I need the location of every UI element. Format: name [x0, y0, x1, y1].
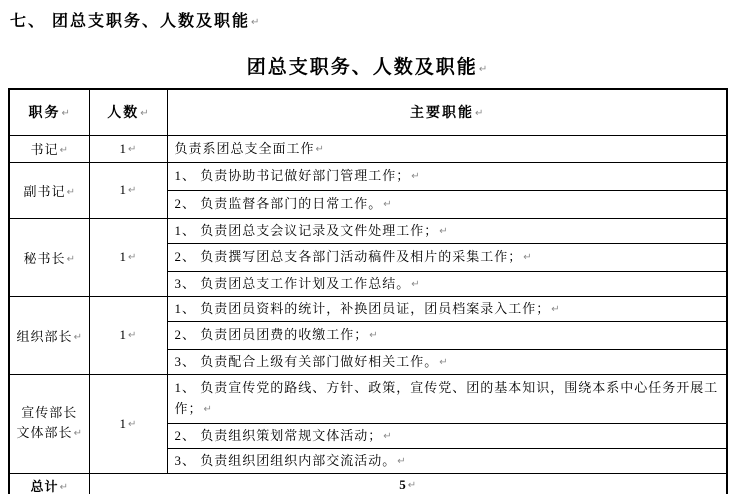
cell-position: 副书记↵ — [9, 162, 89, 218]
table-header-row: 职务↵ 人数↵ 主要职能↵↵ — [9, 89, 727, 135]
cell-end-mark-icon: ↵ — [411, 279, 419, 290]
cell-end-mark-icon: ↵ — [128, 330, 136, 341]
header-duties: 主要职能↵↵ — [167, 89, 727, 135]
paragraph-mark-icon: ↵ — [479, 64, 487, 75]
cell-end-mark-icon: ↵ — [523, 252, 531, 263]
section-heading-text: 七、 团总支职务、人数及职能 — [10, 13, 250, 30]
duty-text: 3、 负责配合上级有关部门做好相关工作。 — [175, 354, 439, 369]
cell-count: 1↵ — [89, 135, 167, 162]
cell-duty: 3、 负责配合上级有关部门做好相关工作。↵↵ — [167, 349, 727, 374]
cell-end-mark-icon: ↵ — [383, 431, 391, 442]
table-title: 团总支职务、人数及职能↵ — [8, 52, 726, 79]
cell-count: 1↵ — [89, 162, 167, 218]
total-value-cell: 5↵↵ — [89, 473, 727, 494]
table-title-text: 团总支职务、人数及职能 — [247, 57, 478, 78]
count-text: 1 — [120, 141, 128, 156]
total-label-cell: 总计↵ — [9, 473, 89, 494]
cell-duty: 1、 负责团总支会议记录及文件处理工作；↵↵ — [167, 218, 727, 243]
cell-position: 宣传部长 文体部长↵ — [9, 374, 89, 473]
cell-count: 1↵ — [89, 296, 167, 374]
duty-text: 2、 负责组织策划常规文体活动； — [175, 428, 383, 443]
cell-duty: 2、 负责监督各部门的日常工作。↵↵ — [167, 190, 727, 218]
cell-end-mark-icon: ↵ — [74, 332, 82, 343]
total-value: 5 — [399, 477, 407, 492]
cell-duty: 2、 负责组织策划常规文体活动；↵↵ — [167, 423, 727, 448]
duty-text: 1、 负责团员资料的统计，补换团员证，团员档案录入工作； — [175, 301, 551, 316]
cell-end-mark-icon: ↵ — [204, 404, 212, 415]
header-count: 人数↵ — [89, 89, 167, 135]
position-text: 宣传部长 — [10, 403, 89, 423]
cell-end-mark-icon: ↵ — [60, 482, 68, 493]
header-duties-label: 主要职能 — [410, 106, 474, 121]
cell-end-mark-icon: ↵ — [67, 187, 75, 198]
duty-text: 1、 负责团总支会议记录及文件处理工作； — [175, 223, 439, 238]
cell-position: 秘书长↵ — [9, 218, 89, 296]
position-text-line2: 文体部长 — [17, 425, 73, 440]
cell-duty: 1、 负责协助书记做好部门管理工作；↵↵ — [167, 162, 727, 190]
cell-end-mark-icon: ↵ — [128, 252, 136, 263]
count-text: 1 — [120, 182, 128, 197]
cell-duty: 2、 负责撰写团总支各部门活动稿件及相片的采集工作；↵↵ — [167, 243, 727, 271]
cell-duty: 3、 负责团总支工作计划及工作总结。↵↵ — [167, 271, 727, 296]
duty-text: 3、 负责团总支工作计划及工作总结。 — [175, 276, 411, 291]
cell-end-mark-icon: ↵ — [551, 304, 559, 315]
cell-end-mark-icon: ↵ — [411, 171, 419, 182]
cell-count: 1↵ — [89, 218, 167, 296]
cell-duty: 负责系团总支全面工作↵↵ — [167, 135, 727, 162]
cell-end-mark-icon: ↵ — [369, 330, 377, 341]
count-text: 1 — [120, 416, 128, 431]
cell-end-mark-icon: ↵ — [128, 185, 136, 196]
duties-table: 职务↵ 人数↵ 主要职能↵↵ 书记↵ 1↵ 负责系团总支全面工作↵↵ 副书记↵ … — [8, 88, 728, 494]
cell-position: 书记↵ — [9, 135, 89, 162]
cell-count: 1↵ — [89, 374, 167, 473]
total-label: 总计 — [31, 479, 59, 494]
position-text: 书记 — [31, 142, 59, 157]
header-position: 职务↵ — [9, 89, 89, 135]
section-heading: 七、 团总支职务、人数及职能↵ — [10, 8, 259, 31]
duty-text: 1、 负责宣传党的路线、方针、政策，宣传党、团的基本知识，围绕本系中心任务开展工… — [175, 380, 719, 416]
duty-text: 2、 负责撰写团总支各部门活动稿件及相片的采集工作； — [175, 249, 523, 264]
cell-duty: 3、 负责组织团组织内部交流活动。↵↵ — [167, 448, 727, 473]
cell-end-mark-icon: ↵ — [383, 199, 391, 210]
cell-end-mark-icon: ↵ — [439, 357, 447, 368]
cell-duty: 1、 负责团员资料的统计，补换团员证，团员档案录入工作；↵↵ — [167, 296, 727, 321]
position-text: 副书记 — [24, 184, 66, 199]
position-text: 秘书长 — [24, 251, 66, 266]
table-row: 秘书长↵ 1↵ 1、 负责团总支会议记录及文件处理工作；↵↵ — [9, 218, 727, 243]
position-text: 文体部长↵ — [10, 423, 89, 444]
cell-end-mark-icon: ↵ — [62, 108, 70, 119]
header-position-label: 职务 — [29, 106, 61, 121]
cell-end-mark-icon: ↵ — [475, 108, 483, 119]
cell-end-mark-icon: ↵ — [128, 144, 136, 155]
table-row: 书记↵ 1↵ 负责系团总支全面工作↵↵ — [9, 135, 727, 162]
table-row: 组织部长↵ 1↵ 1、 负责团员资料的统计，补换团员证，团员档案录入工作；↵↵ — [9, 296, 727, 321]
cell-end-mark-icon: ↵ — [140, 108, 148, 119]
cell-end-mark-icon: ↵ — [74, 428, 82, 439]
count-text: 1 — [120, 249, 128, 264]
duty-text: 2、 负责团员团费的收缴工作； — [175, 327, 369, 342]
paragraph-mark-icon: ↵ — [251, 17, 259, 28]
header-count-label: 人数 — [107, 106, 139, 121]
cell-end-mark-icon: ↵ — [397, 456, 405, 467]
duty-text: 1、 负责协助书记做好部门管理工作； — [175, 168, 411, 183]
position-text: 组织部长 — [17, 329, 73, 344]
table-row: 宣传部长 文体部长↵ 1↵ 1、 负责宣传党的路线、方针、政策，宣传党、团的基本… — [9, 374, 727, 423]
table-total-row: 总计↵ 5↵↵ — [9, 473, 727, 494]
duty-text: 3、 负责组织团组织内部交流活动。 — [175, 453, 397, 468]
cell-end-mark-icon: ↵ — [408, 480, 416, 491]
duty-text: 2、 负责监督各部门的日常工作。 — [175, 196, 383, 211]
cell-end-mark-icon: ↵ — [128, 419, 136, 430]
count-text: 1 — [120, 327, 128, 342]
cell-end-mark-icon: ↵ — [60, 145, 68, 156]
cell-end-mark-icon: ↵ — [67, 254, 75, 265]
table-row: 副书记↵ 1↵ 1、 负责协助书记做好部门管理工作；↵↵ — [9, 162, 727, 190]
cell-position: 组织部长↵ — [9, 296, 89, 374]
duty-text: 负责系团总支全面工作 — [175, 141, 315, 156]
cell-duty: 1、 负责宣传党的路线、方针、政策，宣传党、团的基本知识，围绕本系中心任务开展工… — [167, 374, 727, 423]
cell-end-mark-icon: ↵ — [316, 144, 324, 155]
cell-duty: 2、 负责团员团费的收缴工作；↵↵ — [167, 321, 727, 349]
cell-end-mark-icon: ↵ — [439, 226, 447, 237]
